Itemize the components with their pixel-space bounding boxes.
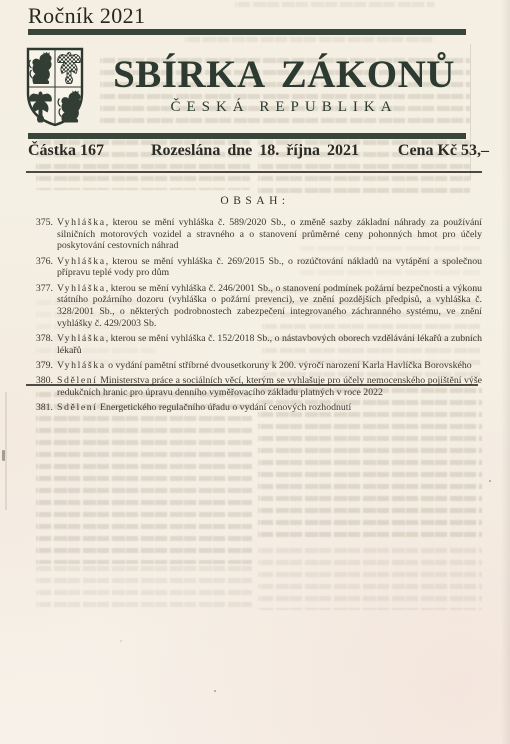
toc-item-number: 377. <box>34 283 53 330</box>
gazette-title: SBÍRKA ZÁKONŮ <box>86 52 482 97</box>
toc-item-rest: Ministerstva práce a sociálních věcí, kt… <box>57 375 482 398</box>
toc-item-text: Vyhláška, kterou se mění vyhláška č. 269… <box>57 256 482 279</box>
toc-item-number: 378. <box>34 333 53 356</box>
contents-bottom-rule <box>26 384 478 386</box>
price-label: Cena Kč 53,– <box>398 142 489 160</box>
toc-item: 377. Vyhláška, kterou se mění vyhláška č… <box>34 283 482 330</box>
toc-item: 375. Vyhláška, kterou se mění vyhláška č… <box>34 217 482 252</box>
toc-item-rest: , kterou se mění vyhláška č. 589/2020 Sb… <box>57 217 482 251</box>
toc-item-text: Sdělení Ministerstva práce a sociálních … <box>57 375 482 398</box>
toc-item-number: 376. <box>34 256 53 279</box>
toc-item: 376. Vyhláška, kterou se mění vyhláška č… <box>34 256 482 279</box>
scan-speck <box>120 640 122 642</box>
toc-item-text: Vyhláška, kterou se mění vyhláška č. 246… <box>57 283 482 330</box>
header-rule-mid <box>28 133 466 139</box>
toc-item-number: 381. <box>34 402 53 414</box>
toc-item-text: Vyhláška o vydání pamětní stříbrné dvous… <box>57 360 482 372</box>
scan-speck <box>214 690 216 692</box>
header-rule-top <box>28 29 466 35</box>
czech-coat-of-arms-icon <box>25 47 85 127</box>
bleedthrough-text <box>36 566 252 610</box>
toc-item: 379. Vyhláška o vydání pamětní stříbrné … <box>34 360 482 372</box>
toc-item-text: Sdělení Energetického regulačního úřadu … <box>57 402 482 414</box>
toc-item-text: Vyhláška, kterou se mění vyhláška č. 589… <box>57 217 482 252</box>
toc-item: 378. Vyhláška, kterou se mění vyhláška č… <box>34 333 482 356</box>
toc-item-lead: Vyhláška <box>57 283 106 294</box>
toc-item-lead: Sdělení <box>57 402 98 413</box>
volume-label: Ročník 2021 <box>28 3 145 29</box>
scan-margin-smudge <box>5 392 7 510</box>
scan-speck <box>489 480 491 482</box>
toc-item: 380. Sdělení Ministerstva práce a sociál… <box>34 375 482 398</box>
contents-heading: OBSAH: <box>0 195 510 207</box>
info-rule <box>26 171 482 173</box>
toc-item-rest: , kterou se mění vyhláška č. 152/2018 Sb… <box>57 333 482 356</box>
toc-item-rest: , kterou se mění vyhláška č. 246/2001 Sb… <box>57 283 482 329</box>
bleedthrough-text <box>185 37 435 46</box>
bleedthrough-text <box>36 392 252 564</box>
scan-edge-shade <box>501 0 510 744</box>
gazette-subtitle: ČESKÁ REPUBLIKA <box>86 99 482 116</box>
toc-item-rest: Energetického regulačního úřadu o vydání… <box>98 402 352 413</box>
scan-margin-mark <box>2 450 5 461</box>
table-of-contents: 375. Vyhláška, kterou se mění vyhláška č… <box>34 217 482 418</box>
toc-item-lead: Vyhláška <box>57 256 106 267</box>
toc-item-lead: Vyhláška <box>57 217 106 228</box>
toc-item-number: 380. <box>34 375 53 398</box>
toc-item-lead: Vyhláška <box>57 360 106 371</box>
bleedthrough-text <box>258 548 482 610</box>
toc-item-rest: o vydání pamětní stříbrné dvousetkoruny … <box>106 360 472 371</box>
toc-item-rest: , kterou se mění vyhláška č. 269/2015 Sb… <box>57 256 482 279</box>
gazette-scan-page: Ročník 2021 SB <box>0 0 510 744</box>
toc-item-lead: Vyhláška <box>57 333 106 344</box>
toc-item: 381. Sdělení Energetického regulačního ú… <box>34 402 482 414</box>
toc-item-text: Vyhláška, kterou se mění vyhláška č. 152… <box>57 333 482 356</box>
toc-item-number: 375. <box>34 217 53 252</box>
toc-item-number: 379. <box>34 360 53 372</box>
bleedthrough-text <box>235 2 435 11</box>
